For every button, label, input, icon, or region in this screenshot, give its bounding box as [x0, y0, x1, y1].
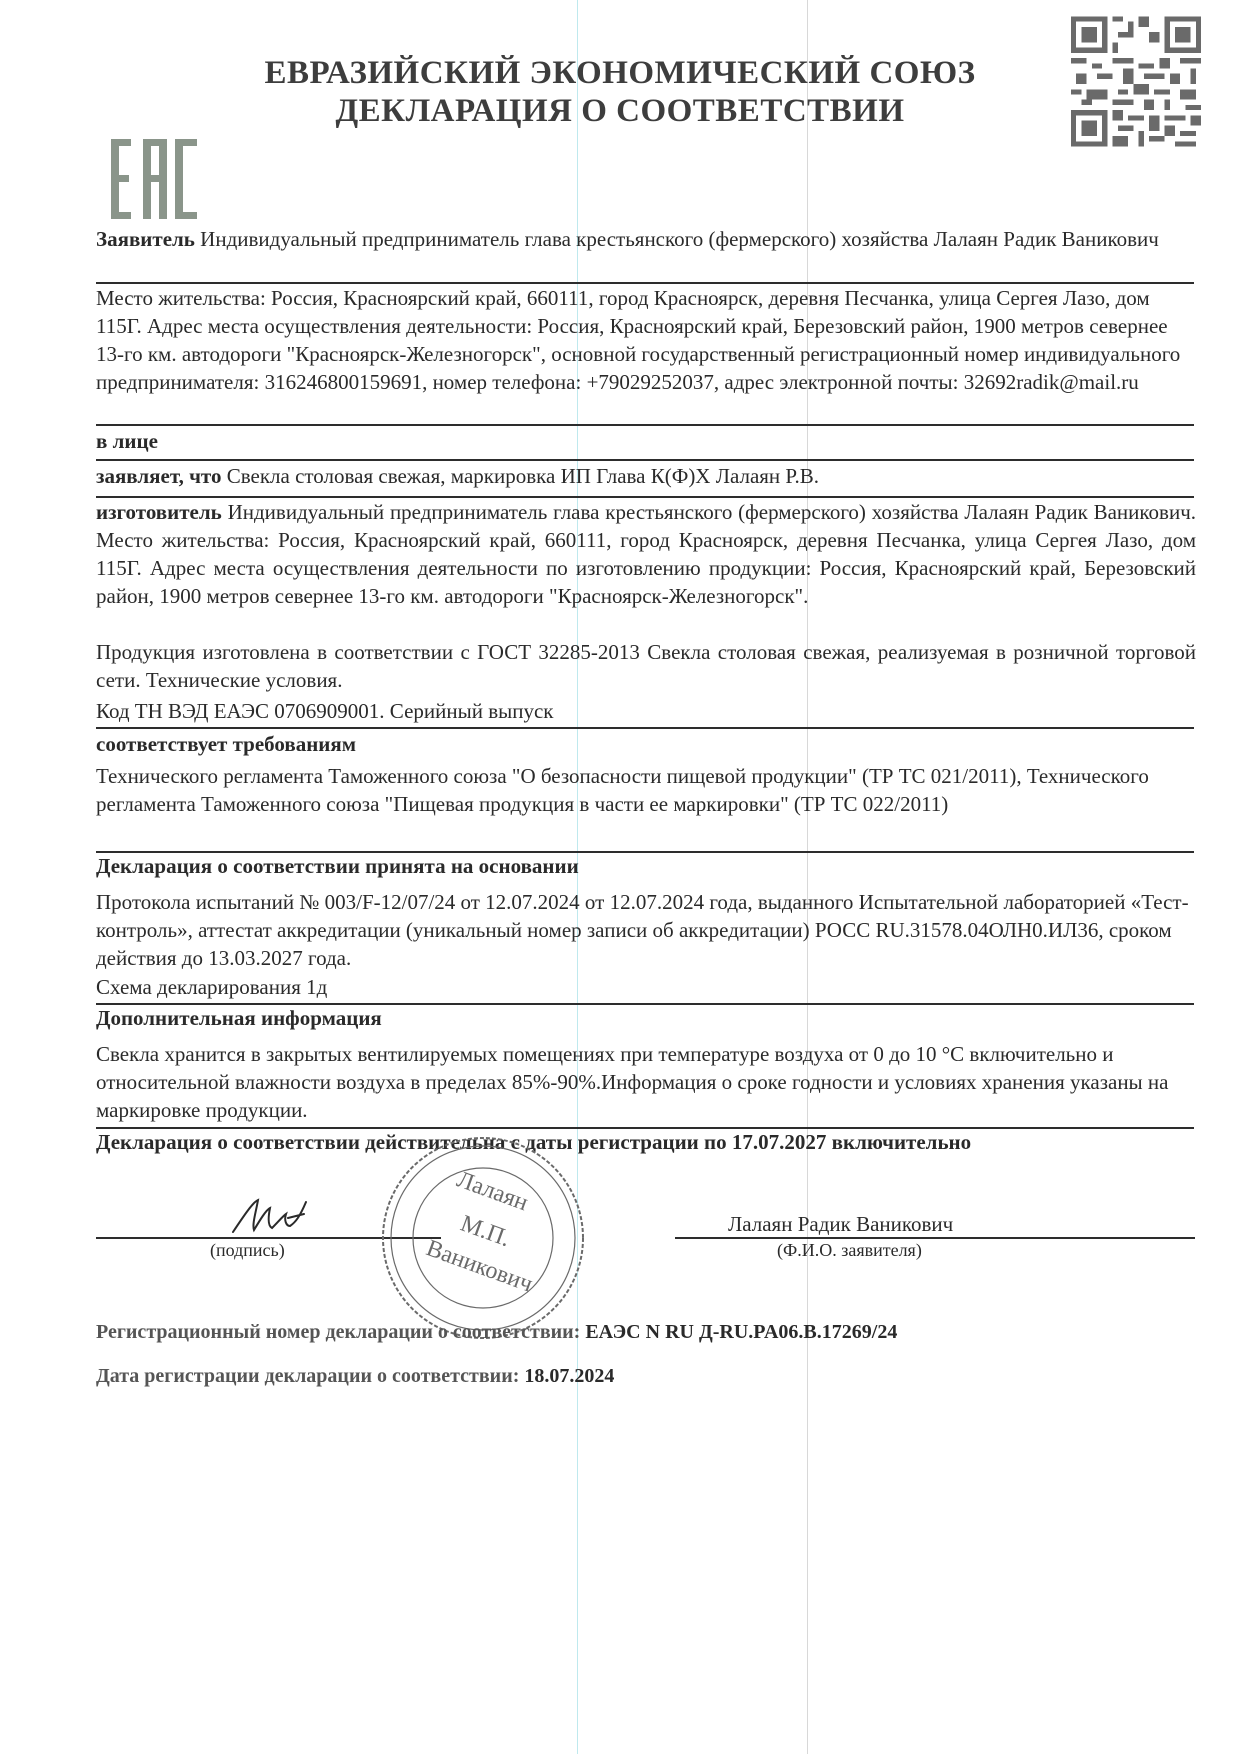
validity-statement: Декларация о соответствии действительна … — [96, 1128, 1196, 1156]
divider — [96, 424, 1194, 426]
document-title: ДЕКЛАРАЦИЯ О СООТВЕТСТВИИ — [0, 93, 1240, 130]
svg-text:Лалаян: Лалаян — [453, 1167, 531, 1217]
manufacturer-label: изготовитель — [96, 500, 222, 524]
applicant-address: Место жительства: Россия, Красноярский к… — [96, 284, 1196, 396]
applicant-value: Индивидуальный предприниматель глава кре… — [200, 227, 1159, 251]
declares-section: заявляет, что Свекла столовая свежая, ма… — [96, 462, 1196, 490]
additional-info-value: Свекла хранится в закрытых вентилируемых… — [96, 1040, 1196, 1124]
manufacturer-value: Индивидуальный предприниматель глава кре… — [96, 500, 1196, 608]
represented-by-section: в лице — [96, 427, 1196, 455]
declaration-page: ЕВРАЗИЙСКИЙ ЭКОНОМИЧЕСКИЙ СОЮЗ ДЕКЛАРАЦИ… — [0, 0, 1240, 1754]
manufacturer-section: изготовитель Индивидуальный предпринимат… — [96, 498, 1196, 610]
declaration-scheme: Схема декларирования 1д — [96, 973, 1196, 1001]
registration-date-row: Дата регистрации декларации о соответств… — [96, 1362, 1196, 1390]
additional-info-label: Дополнительная информация — [96, 1004, 1196, 1032]
signature-icon — [228, 1192, 313, 1242]
registration-number-label: Регистрационный номер декларации о соотв… — [96, 1321, 580, 1343]
svg-text:Ваникович: Ваникович — [423, 1235, 536, 1297]
union-title: ЕВРАЗИЙСКИЙ ЭКОНОМИЧЕСКИЙ СОЮЗ — [0, 55, 1240, 92]
requirements-value: Технического регламента Таможенного союз… — [96, 762, 1196, 818]
product-code: Код ТН ВЭД ЕАЭС 0706909001. Серийный вып… — [96, 697, 1196, 725]
svg-text:М.П.: М.П. — [457, 1211, 514, 1253]
registration-date-label: Дата регистрации декларации о соответств… — [96, 1365, 519, 1387]
applicant-full-name: Лалаян Радик Ваникович — [728, 1210, 1128, 1238]
registration-date-value: 18.07.2024 — [524, 1365, 614, 1387]
divider — [96, 727, 1194, 729]
applicant-label: Заявитель — [96, 227, 195, 251]
applicant-section: Заявитель Индивидуальный предприниматель… — [96, 225, 1196, 253]
signature-caption: (подпись) — [210, 1240, 285, 1261]
requirements-label: соответствует требованиям — [96, 730, 1196, 758]
divider — [96, 459, 1194, 461]
seal-stamp-icon: Лалаян М.П. Ваникович — [365, 1133, 600, 1343]
basis-value: Протокола испытаний № 003/F-12/07/24 от … — [96, 888, 1196, 972]
declares-label: заявляет, что — [96, 464, 221, 488]
represented-by-label: в лице — [96, 429, 158, 453]
name-caption: (Ф.И.О. заявителя) — [777, 1240, 922, 1261]
product-name: Свекла столовая свежая, маркировка ИП Гл… — [227, 464, 819, 488]
eac-mark-icon — [107, 137, 202, 221]
registration-number-value: ЕАЭС N RU Д-RU.PA06.B.17269/24 — [585, 1321, 897, 1343]
product-standard: Продукция изготовлена в соответствии с Г… — [96, 638, 1196, 694]
qr-code-icon — [1071, 14, 1201, 149]
registration-number-row: Регистрационный номер декларации о соотв… — [96, 1318, 1196, 1346]
basis-label: Декларация о соответствии принята на осн… — [96, 852, 1196, 880]
